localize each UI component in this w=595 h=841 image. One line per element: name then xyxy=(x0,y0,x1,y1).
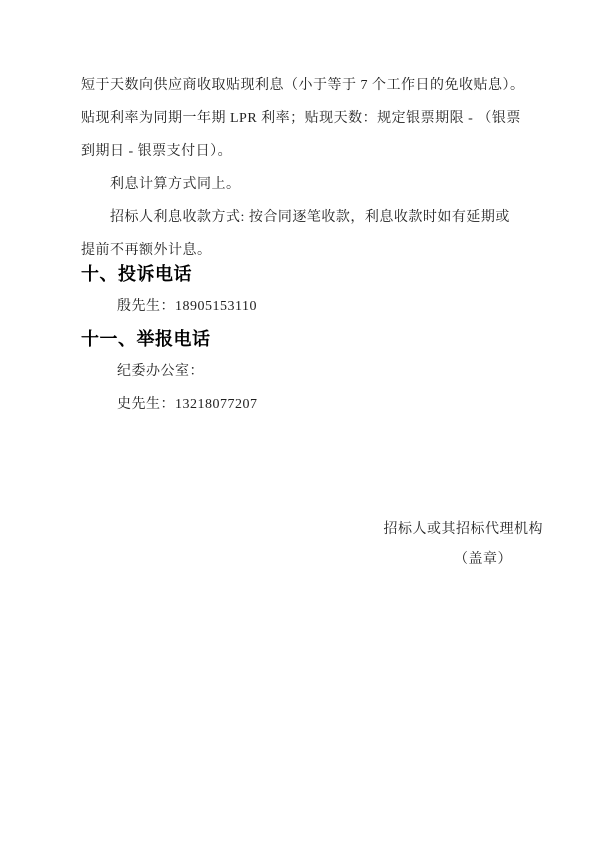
document-content: 短于天数向供应商收取贴现利息（小于等于 7 个工作日的免收贴息）。 贴现利率为同… xyxy=(81,69,545,576)
paragraph-line-4: 利息计算方式同上。 xyxy=(81,168,545,201)
document-page: 短于天数向供应商收取贴现利息（小于等于 7 个工作日的免收贴息）。 贴现利率为同… xyxy=(0,0,595,841)
report-contact-line: 史先生：13218077207 xyxy=(81,388,545,421)
paragraph-line-2: 贴现利率为同期一年期 LPR 利率；贴现天数：规定银票期限 - （银票 xyxy=(81,102,545,135)
paragraph-line-5: 招标人利息收款方式: 按合同逐笔收款，利息收款时如有延期或 xyxy=(81,201,545,234)
report-office-line: 纪委办公室： xyxy=(81,355,545,388)
paragraph-line-1: 短于天数向供应商收取贴现利息（小于等于 7 个工作日的免收贴息）。 xyxy=(81,69,545,102)
signature-organization-line: 招标人或其招标代理机构 xyxy=(81,513,545,546)
complaint-contact-line: 殷先生：18905153110 xyxy=(81,290,545,323)
section-heading-complaint-phone: 十、投诉电话 xyxy=(81,258,545,290)
signature-seal-line: （盖章） xyxy=(81,543,545,576)
paragraph-line-3: 到期日 - 银票支付日）。 xyxy=(81,135,545,168)
section-heading-report-phone: 十一、举报电话 xyxy=(81,323,545,355)
